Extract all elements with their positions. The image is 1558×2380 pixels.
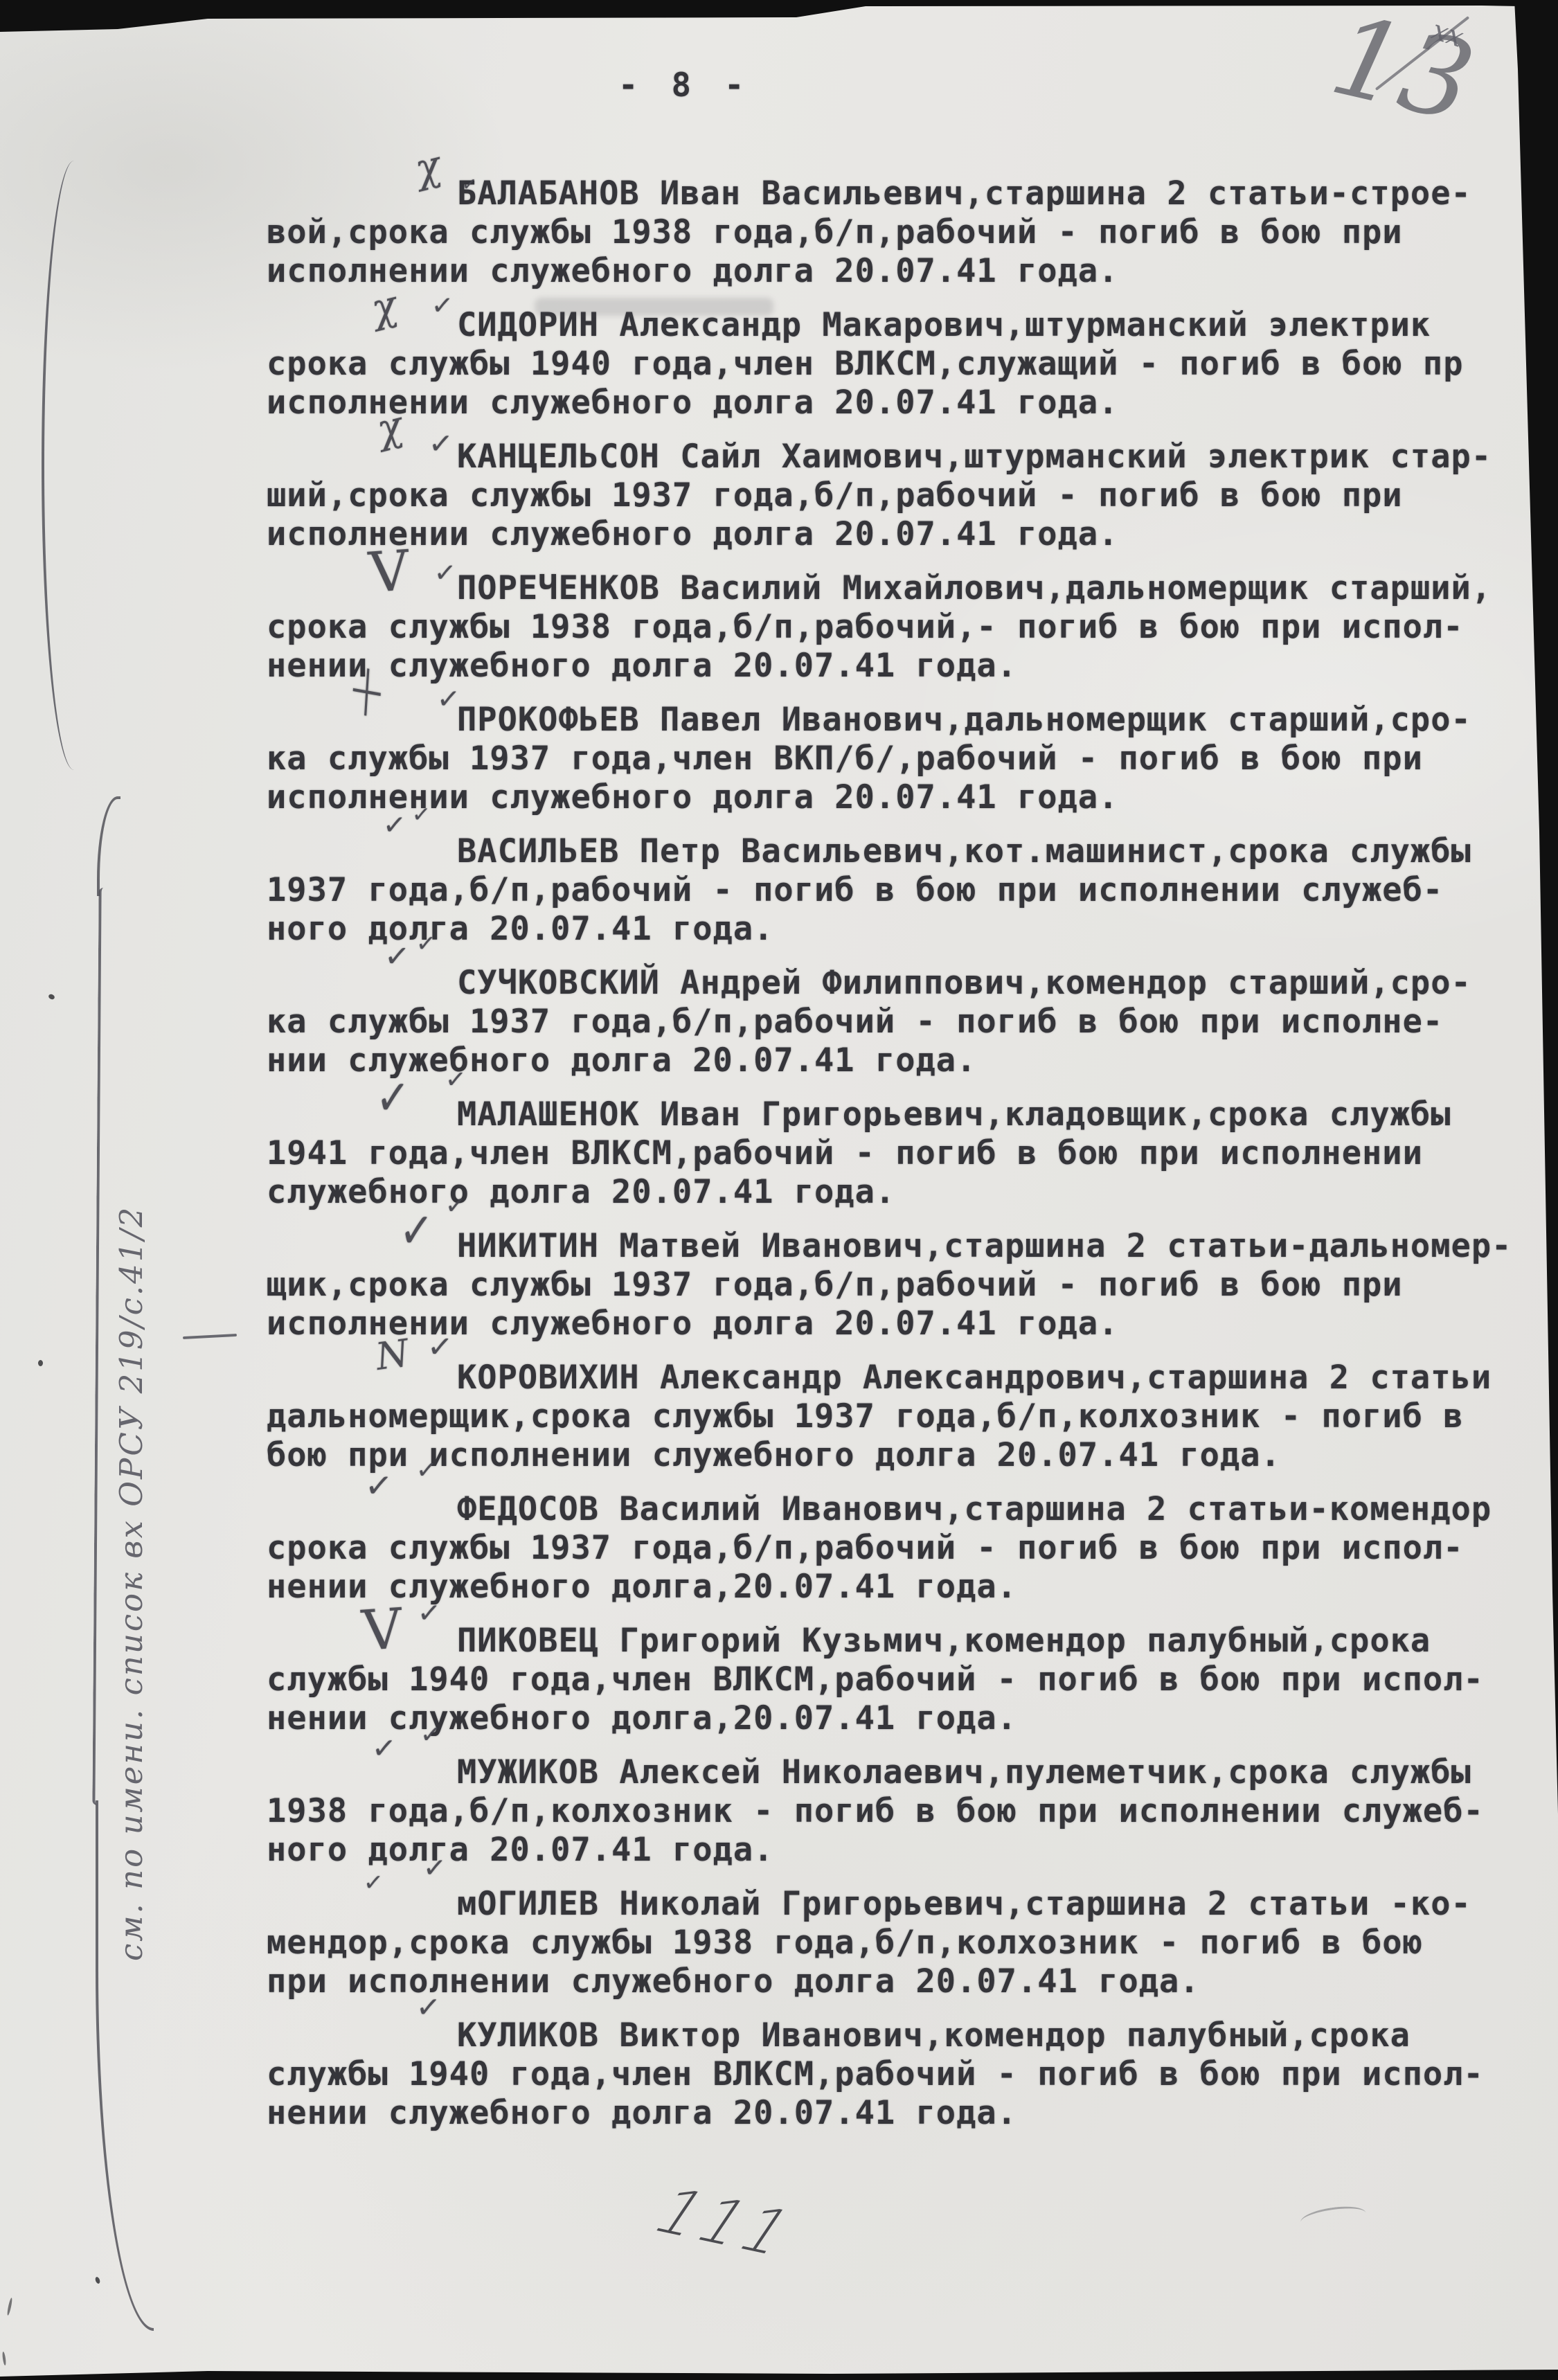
casualty-entry: ПРОКОФЬЕВ Павел Иванович,дальномерщик ст… [267, 701, 1558, 817]
casualty-entry: ФЕДОСОВ Василий Иванович,старшина 2 стат… [267, 1490, 1558, 1607]
entry-line: нении служебного долга,20.07.41 года. [267, 1568, 1558, 1607]
casualty-list: БАЛАБАНОВ Иван Васильевич,старшина 2 ста… [267, 175, 1558, 2148]
casualty-entry: ВАСИЛЬЕВ Петр Васильевич,кот.машинист,ср… [267, 832, 1558, 949]
pencil-checkmark: ✓ [371, 1733, 398, 1764]
casualty-entry: КОРОВИХИН Александр Александрович,старши… [267, 1359, 1558, 1475]
entry-line: КУЛИКОВ Виктор Иванович,комендор палубны… [267, 2016, 1558, 2055]
entry-line: БАЛАБАНОВ Иван Васильевич,старшина 2 ста… [267, 175, 1558, 213]
pencil-checkmark: ✓ [415, 1992, 442, 2023]
pencil-checkmark: ✓ [461, 175, 478, 195]
pencil-arc-upper [42, 161, 107, 770]
entry-line: ПОРЕЧЕНКОВ Василий Михайлович,дальномерщ… [267, 569, 1558, 608]
casualty-entry: НИКИТИН Матвей Иванович,старшина 2 стать… [267, 1227, 1558, 1343]
pencil-brace-hook [97, 796, 120, 896]
ink-smudge [535, 298, 773, 316]
entry-line: службы 1940 года,член ВЛКСМ,рабочий - по… [267, 1661, 1558, 1699]
entry-line: мОГИЛЕВ Николай Григорьевич,старшина 2 с… [267, 1885, 1558, 1924]
casualty-entry: КАНЦЕЛЬСОН Сайл Хаимович,штурманский эле… [267, 438, 1558, 554]
scan-border-top [0, 0, 1558, 35]
pencil-checkmark: ✓ [384, 941, 412, 974]
paper-speck [38, 1360, 43, 1366]
entry-line: 1937 года,б/п,рабочий - погиб в бою при … [267, 871, 1558, 910]
pencil-checkmark: ✓ [445, 1193, 468, 1219]
bottom-tally-mark: 111 [638, 2176, 810, 2269]
pencil-checkmark: ✓ [415, 931, 438, 956]
paper-speck [6, 2298, 12, 2316]
entry-line: ПИКОВЕЦ Григорий Кузьмич,комендор палубн… [267, 1622, 1558, 1661]
entry-line: МАЛАШЕНОК Иван Григорьевич,кладовщик,сро… [267, 1095, 1558, 1134]
pencil-checkmark: V [360, 1601, 404, 1659]
paper-speck [48, 993, 55, 1000]
entry-line: КАНЦЕЛЬСОН Сайл Хаимович,штурманский эле… [267, 438, 1558, 476]
entry-line: ВАСИЛЬЕВ Петр Васильевич,кот.машинист,ср… [267, 832, 1558, 871]
casualty-entry: ПИКОВЕЦ Григорий Кузьмич,комендор палубн… [267, 1622, 1558, 1738]
casualty-entry: БАЛАБАНОВ Иван Васильевич,старшина 2 ста… [267, 175, 1558, 291]
entry-line: 1938 года,б/п,колхозник - погиб в бою пр… [267, 1792, 1558, 1831]
pencil-checkmark: ✓ [375, 1071, 412, 1124]
pencil-checkmark: ✓ [411, 803, 432, 826]
entry-line: МУЖИКОВ Алексей Николаевич,пулеметчик,ср… [267, 1753, 1558, 1792]
entry-line: СИДОРИН Александр Макарович,штурманский … [267, 306, 1558, 345]
entry-line: КОРОВИХИН Александр Александрович,старши… [267, 1359, 1558, 1397]
casualty-entry: ПОРЕЧЕНКОВ Василий Михайлович,дальномерщ… [267, 569, 1558, 686]
entry-line: ка службы 1937 года,член ВКП/б/,рабочий … [267, 740, 1558, 778]
entry-line: нении служебного долга,20.07.41 года. [267, 1699, 1558, 1738]
casualty-entry: СИДОРИН Александр Макарович,штурманский … [267, 306, 1558, 422]
entry-line: ка службы 1937 года,б/п,рабочий - погиб … [267, 1003, 1558, 1041]
casualty-entry: МУЖИКОВ Алексей Николаевич,пулеметчик,ср… [267, 1753, 1558, 1870]
pencil-brace-line [92, 888, 108, 1805]
entry-line: 1941 года,член ВЛКСМ,рабочий - погиб в б… [267, 1134, 1558, 1173]
pencil-checkmark: ✓ [427, 1332, 455, 1364]
entry-line: срока службы 1940 года,член ВЛКСМ,служащ… [267, 345, 1558, 384]
entry-line: ФЕДОСОВ Василий Иванович,старшина 2 стат… [267, 1490, 1558, 1529]
entry-line: нении служебного долга 20.07.41 года. [267, 647, 1558, 686]
pencil-brace-tail [96, 1800, 154, 2331]
paper-speck [2, 2352, 7, 2365]
pencil-checkmark: ✓ [417, 1599, 442, 1628]
pencil-checkmark: ✓ [382, 811, 408, 840]
entry-line: ного долга 20.07.41 года. [267, 910, 1558, 949]
pencil-checkmark: ✓ [420, 1722, 443, 1748]
pencil-checkmark: ✓ [364, 1469, 394, 1504]
pencil-checkmark: ✓ [431, 292, 455, 319]
paper-speck [94, 2276, 100, 2284]
pencil-checkmark: ✓ [436, 685, 462, 714]
pencil-checkmark: N [373, 1334, 411, 1376]
entry-line: исполнении служебного долга 20.07.41 год… [267, 1305, 1558, 1343]
casualty-entry: мОГИЛЕВ Николай Григорьевич,старшина 2 с… [267, 1885, 1558, 2001]
pencil-checkmark: ✓ [363, 1870, 385, 1895]
scan-border-bottom [0, 2360, 1558, 2380]
entry-line: мендор,срока службы 1938 года,б/п,колхоз… [267, 1924, 1558, 1962]
entry-line: срока службы 1938 года,б/п,рабочий,- пог… [267, 608, 1558, 647]
pencil-checkmark: ✓ [422, 1854, 448, 1883]
pencil-checkmark: + [346, 650, 388, 732]
casualty-entry: КУЛИКОВ Виктор Иванович,комендор палубны… [267, 2016, 1558, 2133]
entry-line: нении служебного долга 20.07.41 года. [267, 2094, 1558, 2133]
pencil-checkmark: ✓ [433, 559, 458, 587]
entry-line: срока службы 1937 года,б/п,рабочий - пог… [267, 1529, 1558, 1568]
entry-line: исполнении служебного долга 20.07.41 год… [267, 252, 1558, 291]
entry-line: щик,срока службы 1937 года,б/п,рабочий -… [267, 1266, 1558, 1305]
pencil-checkmark: ✓ [415, 1458, 439, 1484]
pencil-checkmark: ✓ [428, 429, 455, 459]
entry-line: вой,срока службы 1938 года,б/п,рабочий -… [267, 213, 1558, 252]
entry-line: службы 1940 года,член ВЛКСМ,рабочий - по… [267, 2055, 1558, 2094]
entry-line: бою при исполнении служебного долга 20.0… [267, 1436, 1558, 1475]
casualty-entry: СУЧКОВСКИЙ Андрей Филиппович,комендор ст… [267, 964, 1558, 1080]
page-number: - 8 - [618, 66, 751, 105]
entry-line: исполнении служебного долга 20.07.41 год… [267, 515, 1558, 554]
entry-line: ного долга 20.07.41 года. [267, 1831, 1558, 1870]
entry-line: НИКИТИН Матвей Иванович,старшина 2 стать… [267, 1227, 1558, 1266]
entry-line: дальномерщик,срока службы 1937 года,б/п,… [267, 1397, 1558, 1436]
entry-line: при исполнении служебного долга 20.07.41… [267, 1962, 1558, 2001]
pencil-dash [183, 1334, 237, 1339]
pencil-checkmark: V [367, 543, 411, 601]
entry-line: СУЧКОВСКИЙ Андрей Филиппович,комендор ст… [267, 964, 1558, 1003]
entry-line: исполнении служебного долга 20.07.41 год… [267, 384, 1558, 422]
pencil-checkmark: ✓ [445, 1067, 468, 1093]
pencil-squiggle [1299, 2203, 1367, 2233]
pencil-checkmark: ✓ [399, 1204, 436, 1257]
entry-line: ший,срока службы 1937 года,б/п,рабочий -… [267, 476, 1558, 515]
entry-line: исполнении служебного долга 20.07.41 год… [267, 778, 1558, 817]
margin-note-text: см. по имени. список вх ОРСУ 219/с.41/2 [113, 825, 150, 1961]
document-page: - 8 - 13 xx БАЛАБАНОВ Иван Васильевич,ст… [0, 0, 1558, 2380]
